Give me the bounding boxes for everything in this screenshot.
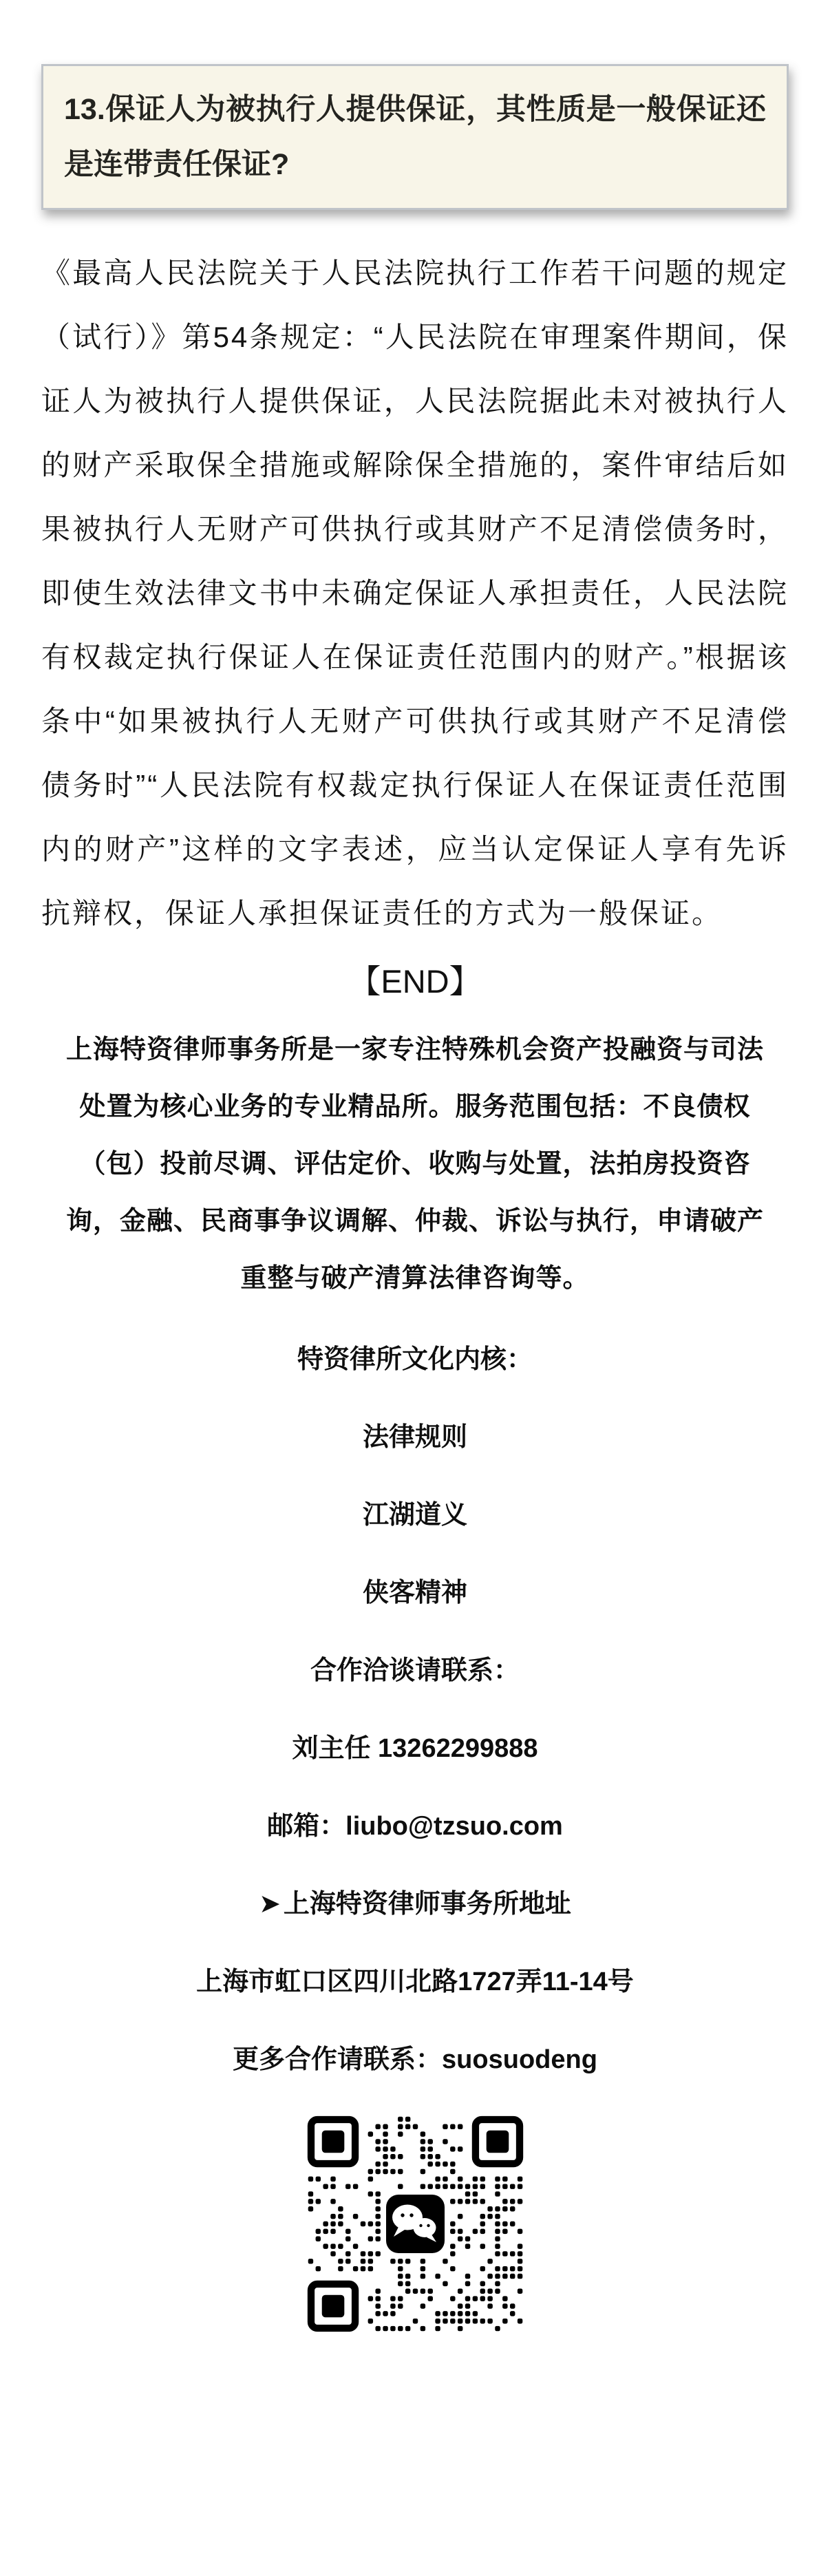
contact-email: 邮箱：liubo@tzsuo.com	[0, 1788, 830, 1866]
article-body: 《最高人民法院关于人民法院执行工作若干问题的规定（试行）》第54条规定：“人民法…	[41, 241, 789, 945]
culture-heading: 特资律所文化内核：	[0, 1321, 830, 1399]
address-line: 上海市虹口区四川北路1727弄11-14号	[0, 1943, 830, 2021]
address-heading: ➤上海特资律师事务所地址	[0, 1866, 830, 1943]
question-title: 13.保证人为被执行人提供保证，其性质是一般保证还是连带责任保证?	[64, 82, 766, 192]
article-body-paragraph: 《最高人民法院关于人民法院执行工作若干问题的规定（试行）》第54条规定：“人民法…	[41, 241, 789, 945]
culture-item-spirit: 侠客精神	[0, 1554, 830, 1632]
question-box: 13.保证人为被执行人提供保证，其性质是一般保证还是连带责任保证?	[41, 64, 789, 210]
qr-svg	[307, 2115, 524, 2332]
culture-item-morality: 江湖道义	[0, 1477, 830, 1554]
firm-intro-paragraph: 上海特资律师事务所是一家专注特殊机会资产投融资与司法处置为核心业务的专业精品所。…	[65, 1022, 765, 1307]
footer-info: 特资律所文化内核： 法律规则 江湖道义 侠客精神 合作洽谈请联系： 刘主任 13…	[0, 1321, 830, 2099]
address-heading-text: 上海特资律师事务所地址	[284, 1890, 571, 1919]
more-contact-line: 更多合作请联系：suosuodeng	[0, 2021, 830, 2099]
arrow-right-icon: ➤	[259, 1866, 281, 1943]
culture-item-rules: 法律规则	[0, 1399, 830, 1477]
contact-person-phone: 刘主任 13262299888	[0, 1710, 830, 1788]
wechat-qr-code	[307, 2115, 524, 2332]
article-page: 13.保证人为被执行人提供保证，其性质是一般保证还是连带责任保证? 《最高人民法…	[0, 64, 830, 2332]
end-marker: 【END】	[0, 952, 830, 1011]
contact-heading: 合作洽谈请联系：	[0, 1632, 830, 1710]
